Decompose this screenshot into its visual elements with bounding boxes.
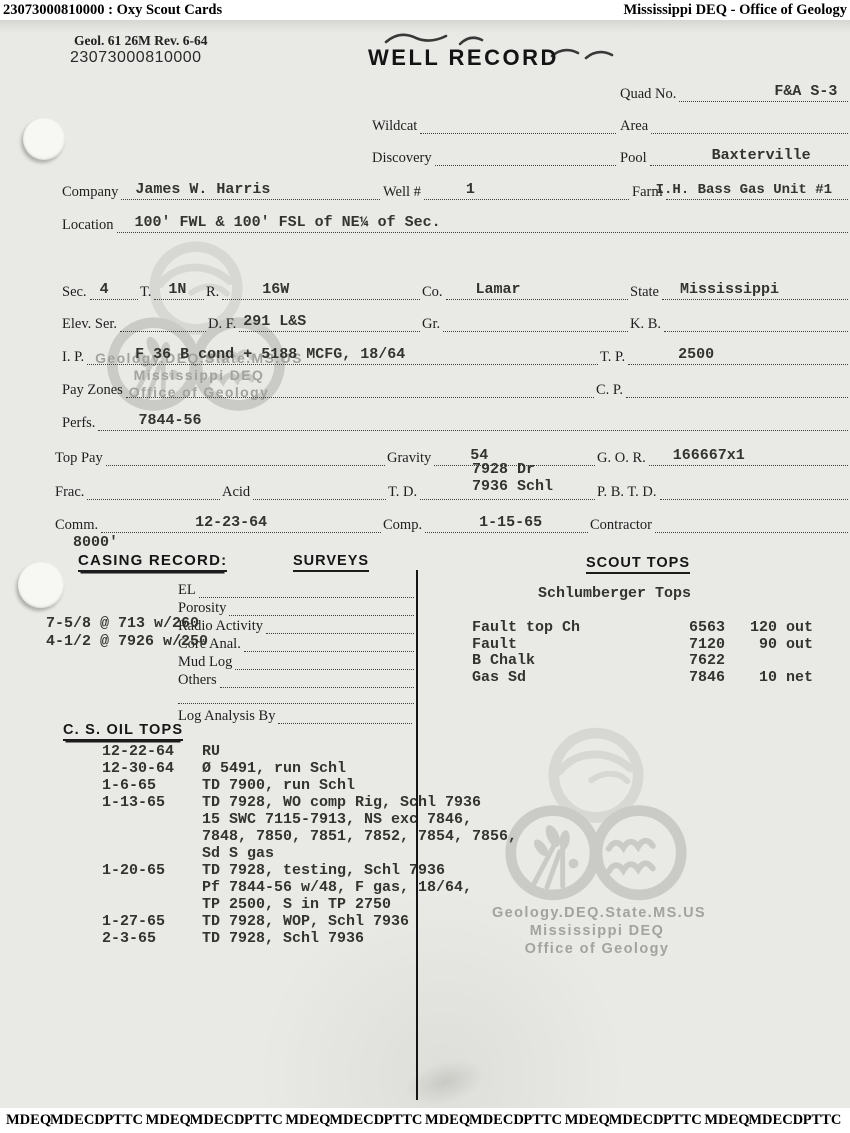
field-pbtd: P. B. T. D. [597,480,848,500]
pencil-smudge [396,1049,495,1116]
footer-token: MDECD [609,1112,661,1129]
field-label: I. P. [62,350,87,365]
dotted-line [244,633,414,652]
dotted-line [178,685,414,704]
dotted-line: F&A S-3 [679,81,848,102]
field-label: T. P. [600,350,628,365]
field-label: C. P. [596,383,626,398]
field-cp: C. P. [596,378,848,398]
field-pool: Pool Baxterville [620,146,848,166]
survey-row: EL [178,580,414,598]
dotted-line: 7844-56 [98,410,848,431]
log-text: RU [202,744,220,761]
log-date: 1-20-65 [102,863,202,880]
log-date [102,829,202,846]
well-id-number: 23073000810000 [70,49,202,67]
log-entry: 12-22-64 RU [102,744,220,761]
top-depth: 7846 [677,670,725,687]
log-date [102,812,202,829]
log-date: 1-27-65 [102,914,202,931]
dotted-line: 100' FWL & 100' FSL of NE¼ of Sec. [117,212,848,233]
field-value: 100' FWL & 100' FSL of NE¼ of Sec. [135,214,441,231]
field-label: Comm. [55,518,101,533]
log-text: TD 7900, run Schl [202,778,355,795]
survey-row: Porosity [178,598,414,616]
survey-label: Porosity [178,601,229,616]
watermark-agency: Mississippi DEQ [492,922,702,940]
field-value: Baxterville [712,147,811,164]
casing-entry: 7-5/8 @ 713 w/260 [46,616,199,633]
dotted-line: Lamar [446,279,628,300]
log-date: 1-13-65 [102,795,202,812]
dotted-line [253,479,386,500]
log-date [102,897,202,914]
dotted-line: 2500 [628,344,848,365]
field-label: Contractor [590,518,655,533]
field-td: T. D. [388,480,595,500]
field-value: 166667x1 [673,447,745,464]
field-label: K. B. [630,317,664,332]
field-label: Gravity [387,451,434,466]
field-comp: Comp. 1-15-65 [383,513,588,533]
field-value: 16W [262,281,289,298]
watermark-office: Office of Geology [492,940,702,958]
field-value: Lamar [476,281,521,298]
footer-token: MDEQ [6,1112,50,1129]
field-value: 1-15-65 [479,514,542,531]
footer-token: MDEQ [565,1112,609,1129]
field-pay-zones: Pay Zones [62,378,594,398]
field-gr: Gr. [422,312,628,332]
td-note-driller: 7928 Dr [472,462,535,479]
log-date: 1-6-65 [102,778,202,795]
survey-row: Core Anal. [178,634,414,652]
dotted-line [266,615,414,634]
field-label: Well # [383,185,424,200]
viewer-top-bar: 23073000810000 : Oxy Scout Cards Mississ… [0,0,850,20]
dotted-line [87,479,220,500]
field-value: 7844-56 [138,412,201,429]
log-text: TD 7928, WOP, Schl 7936 [202,914,409,931]
field-label: Acid [222,485,253,500]
footer-token: PTTC [102,1112,146,1129]
dotted-line: 166667x1 [649,445,848,466]
field-label: Quad No. [620,87,679,102]
log-text: Ø 5491, run Schl [202,761,346,778]
log-text: TD 7928, testing, Schl 7936 [202,863,445,880]
field-elev-ser: Elev. Ser. [62,312,206,332]
footer-token: PTTC [660,1112,704,1129]
dotted-line [420,479,595,500]
casing-entry: 4-1/2 @ 7926 w/250 [46,634,208,651]
scout-tops-subtitle: Schlumberger Tops [538,586,691,603]
casing-record-heading: CASING RECORD: [78,552,227,572]
field-tp: T. P. 2500 [600,345,848,365]
field-label: Perfs. [62,416,98,431]
log-text: Pf 7844-56 w/48, F gas, 18/64, [202,880,472,897]
dotted-line [664,311,848,332]
dotted-line: 1-15-65 [425,512,588,533]
survey-label: EL [178,583,199,598]
field-label: Pool [620,151,650,166]
log-entry: 12-30-64 Ø 5491, run Schl [102,761,346,778]
hole-punch [18,562,64,608]
log-text: 15 SWC 7115-7913, NS exc 7846, [202,812,472,829]
top-note: 120 out [733,620,813,637]
top-name: Fault top Ch [472,620,677,637]
top-depth: 6563 [677,620,725,637]
field-label: D. F. [208,317,239,332]
footer-token: MDEQ [425,1112,469,1129]
survey-label: Mud Log [178,655,235,670]
field-label: Company [62,185,121,200]
field-top-pay: Top Pay [55,446,385,466]
footer-token: PTTC [241,1112,285,1129]
log-text: 7848, 7850, 7851, 7852, 7854, 7856, [202,829,517,846]
field-label: G. O. R. [597,451,649,466]
footer-token: MDECD [190,1112,242,1129]
field-wildcat: Wildcat [372,114,616,134]
field-label: Sec. [62,285,90,300]
field-acid: Acid [222,480,386,500]
survey-row: Radio Activity [178,616,414,634]
watermark-url: Geology.DEQ.State.MS.US [492,904,702,922]
hole-punch [23,118,65,160]
field-farm: Farm I.H. Bass Gas Unit #1 [632,180,848,200]
dotted-line [120,311,206,332]
field-value: 4 [100,281,109,298]
dotted-line: 12-23-64 [101,512,381,533]
handwriting-marks [372,24,622,68]
dotted-line: 16W [222,279,420,300]
field-label: Log Analysis By [178,709,278,724]
dotted-line: Mississippi [662,279,848,300]
dotted-line [443,311,628,332]
top-depth: 7622 [677,653,725,670]
scout-top-row: B Chalk 7622 [472,653,813,670]
log-entry: 1-27-65 TD 7928, WOP, Schl 7936 [102,914,409,931]
footer-token: MDECD [329,1112,381,1129]
agency-title: Mississippi DEQ - Office of Geology [623,2,847,19]
field-value: James W. Harris [135,181,270,198]
field-contractor: Contractor [590,513,848,533]
field-label: Location [62,218,117,233]
log-entry: Sd S gas [102,846,274,863]
log-entry: 1-13-65 TD 7928, WO comp Rig, Schl 7936 [102,795,481,812]
dotted-line [106,445,385,466]
dotted-line [626,377,848,398]
field-perfs: Perfs. 7844-56 [62,411,848,431]
log-date [102,846,202,863]
dotted-line [278,705,412,724]
field-county: Co. Lamar [422,280,628,300]
log-text: Sd S gas [202,846,274,863]
dotted-line [660,479,849,500]
dotted-line: 291 L&S [239,311,420,332]
field-kb: K. B. [630,312,848,332]
field-comm: Comm. 12-23-64 [55,513,381,533]
footer-token: MDEQ [704,1112,748,1129]
dotted-line: 1 [424,179,629,200]
log-date: 12-30-64 [102,761,202,778]
footer-token: PTTC [381,1112,425,1129]
log-entry: 1-20-65 TD 7928, testing, Schl 7936 [102,863,445,880]
field-label: Elev. Ser. [62,317,120,332]
field-well-number: Well # 1 [383,180,629,200]
scout-card-viewer: { "colors": {"paper":"#e9e9e6","bar_bg":… [0,0,850,1133]
log-entry: 2-3-65 TD 7928, Schl 7936 [102,931,364,948]
watermark-text: Geology.DEQ.State.MS.US Mississippi DEQ … [492,904,702,958]
column-divider-line [416,570,418,1100]
field-discovery: Discovery [372,146,616,166]
top-name: B Chalk [472,653,677,670]
field-value: 1 [466,181,475,198]
log-date: 2-3-65 [102,931,202,948]
field-company: Company James W. Harris [62,180,380,200]
deq-logo-watermark [498,720,694,910]
top-note [733,653,813,670]
field-label: P. B. T. D. [597,485,660,500]
dotted-line: F 36 B cond + 5188 MCFG, 18/64 [87,344,598,365]
field-gor: G. O. R. 166667x1 [597,446,848,466]
survey-row: Mud Log [178,652,414,670]
footer-token: PTTC [521,1112,565,1129]
dotted-line [655,512,848,533]
survey-row-blank [178,686,414,704]
log-entry: 7848, 7850, 7851, 7852, 7854, 7856, [102,829,517,846]
footer-token: MDEQ [146,1112,190,1129]
field-frac: Frac. [55,480,220,500]
dotted-line: Baxterville [650,145,848,166]
field-location: Location 100' FWL & 100' FSL of NE¼ of S… [62,213,848,233]
log-text: TD 7928, WO comp Rig, Schl 7936 [202,795,481,812]
field-state: State Mississippi [630,280,848,300]
dotted-line [235,651,414,670]
field-township: T. 1N [140,280,204,300]
field-label: Gr. [422,317,443,332]
form-revision: Geol. 61 26M Rev. 6-64 [74,33,207,49]
field-ip: I. P. F 36 B cond + 5188 MCFG, 18/64 [62,345,598,365]
field-label: Pay Zones [62,383,126,398]
footer-token: MDECD [748,1112,800,1129]
field-value: 2500 [678,346,714,363]
field-value: Mississippi [680,281,779,298]
field-value: I.H. Bass Gas Unit #1 [656,182,832,198]
field-quad-no: Quad No. F&A S-3 [620,82,848,102]
field-label: Discovery [372,151,435,166]
log-analysis-row: Log Analysis By [178,706,412,724]
field-label: Wildcat [372,119,420,134]
field-df: D. F. 291 L&S [208,312,420,332]
oil-tops-heading: C. S. OIL TOPS [63,722,183,741]
field-sec: Sec. 4 [62,280,138,300]
field-value: 1N [168,281,186,298]
log-date [102,880,202,897]
dotted-line: 4 [90,279,138,300]
field-value: 12-23-64 [195,514,267,531]
field-label: Frac. [55,485,87,500]
log-entry: TP 2500, S in TP 2750 [102,897,391,914]
footer-token: MDECD [469,1112,521,1129]
log-text: TD 7928, Schl 7936 [202,931,364,948]
dotted-line [126,377,594,398]
field-label: T. [140,285,154,300]
field-value: F 36 B cond + 5188 MCFG, 18/64 [135,346,405,363]
field-label: Comp. [383,518,425,533]
dotted-line [199,579,414,598]
top-name: Gas Sd [472,670,677,687]
dotted-line: James W. Harris [121,179,380,200]
dotted-line: I.H. Bass Gas Unit #1 [666,179,848,200]
dotted-line: 1N [154,279,204,300]
field-label: T. D. [388,485,420,500]
log-date: 12-22-64 [102,744,202,761]
log-entry: 1-6-65 TD 7900, run Schl [102,778,355,795]
field-range: R. 16W [206,280,420,300]
dotted-line [651,113,848,134]
field-value: F&A S-3 [774,83,837,100]
scout-tops-heading: SCOUT TOPS [586,555,690,574]
footer-token: MDEQ [285,1112,329,1129]
document-id-title: 23073000810000 : Oxy Scout Cards [3,2,222,19]
field-label: Co. [422,285,446,300]
scan-page: Geology.DEQ.State.MS.US Mississippi DEQ … [0,20,850,1108]
dotted-line [420,113,616,134]
dotted-line [435,145,616,166]
top-note: 10 net [733,670,813,687]
dotted-line [229,597,414,616]
field-label: Area [620,119,651,134]
log-text: TP 2500, S in TP 2750 [202,897,391,914]
field-area: Area [620,114,848,134]
field-label: Top Pay [55,451,106,466]
scout-top-row: Gas Sd 7846 10 net [472,670,813,687]
viewer-bottom-bar: MDEQ MDECD PTTC MDEQ MDECD PTTC MDEQ MDE… [0,1108,850,1133]
footer-token: MDECD [50,1112,102,1129]
top-note: 90 out [733,637,813,654]
scout-top-row: Fault top Ch 6563 120 out [472,620,813,637]
field-label: State [630,285,662,300]
field-value: 291 L&S [243,313,306,330]
field-label: R. [206,285,222,300]
footer-token: PTTC [800,1112,844,1129]
surveys-heading: SURVEYS [293,553,369,572]
depth-note: 8000' [73,535,118,552]
